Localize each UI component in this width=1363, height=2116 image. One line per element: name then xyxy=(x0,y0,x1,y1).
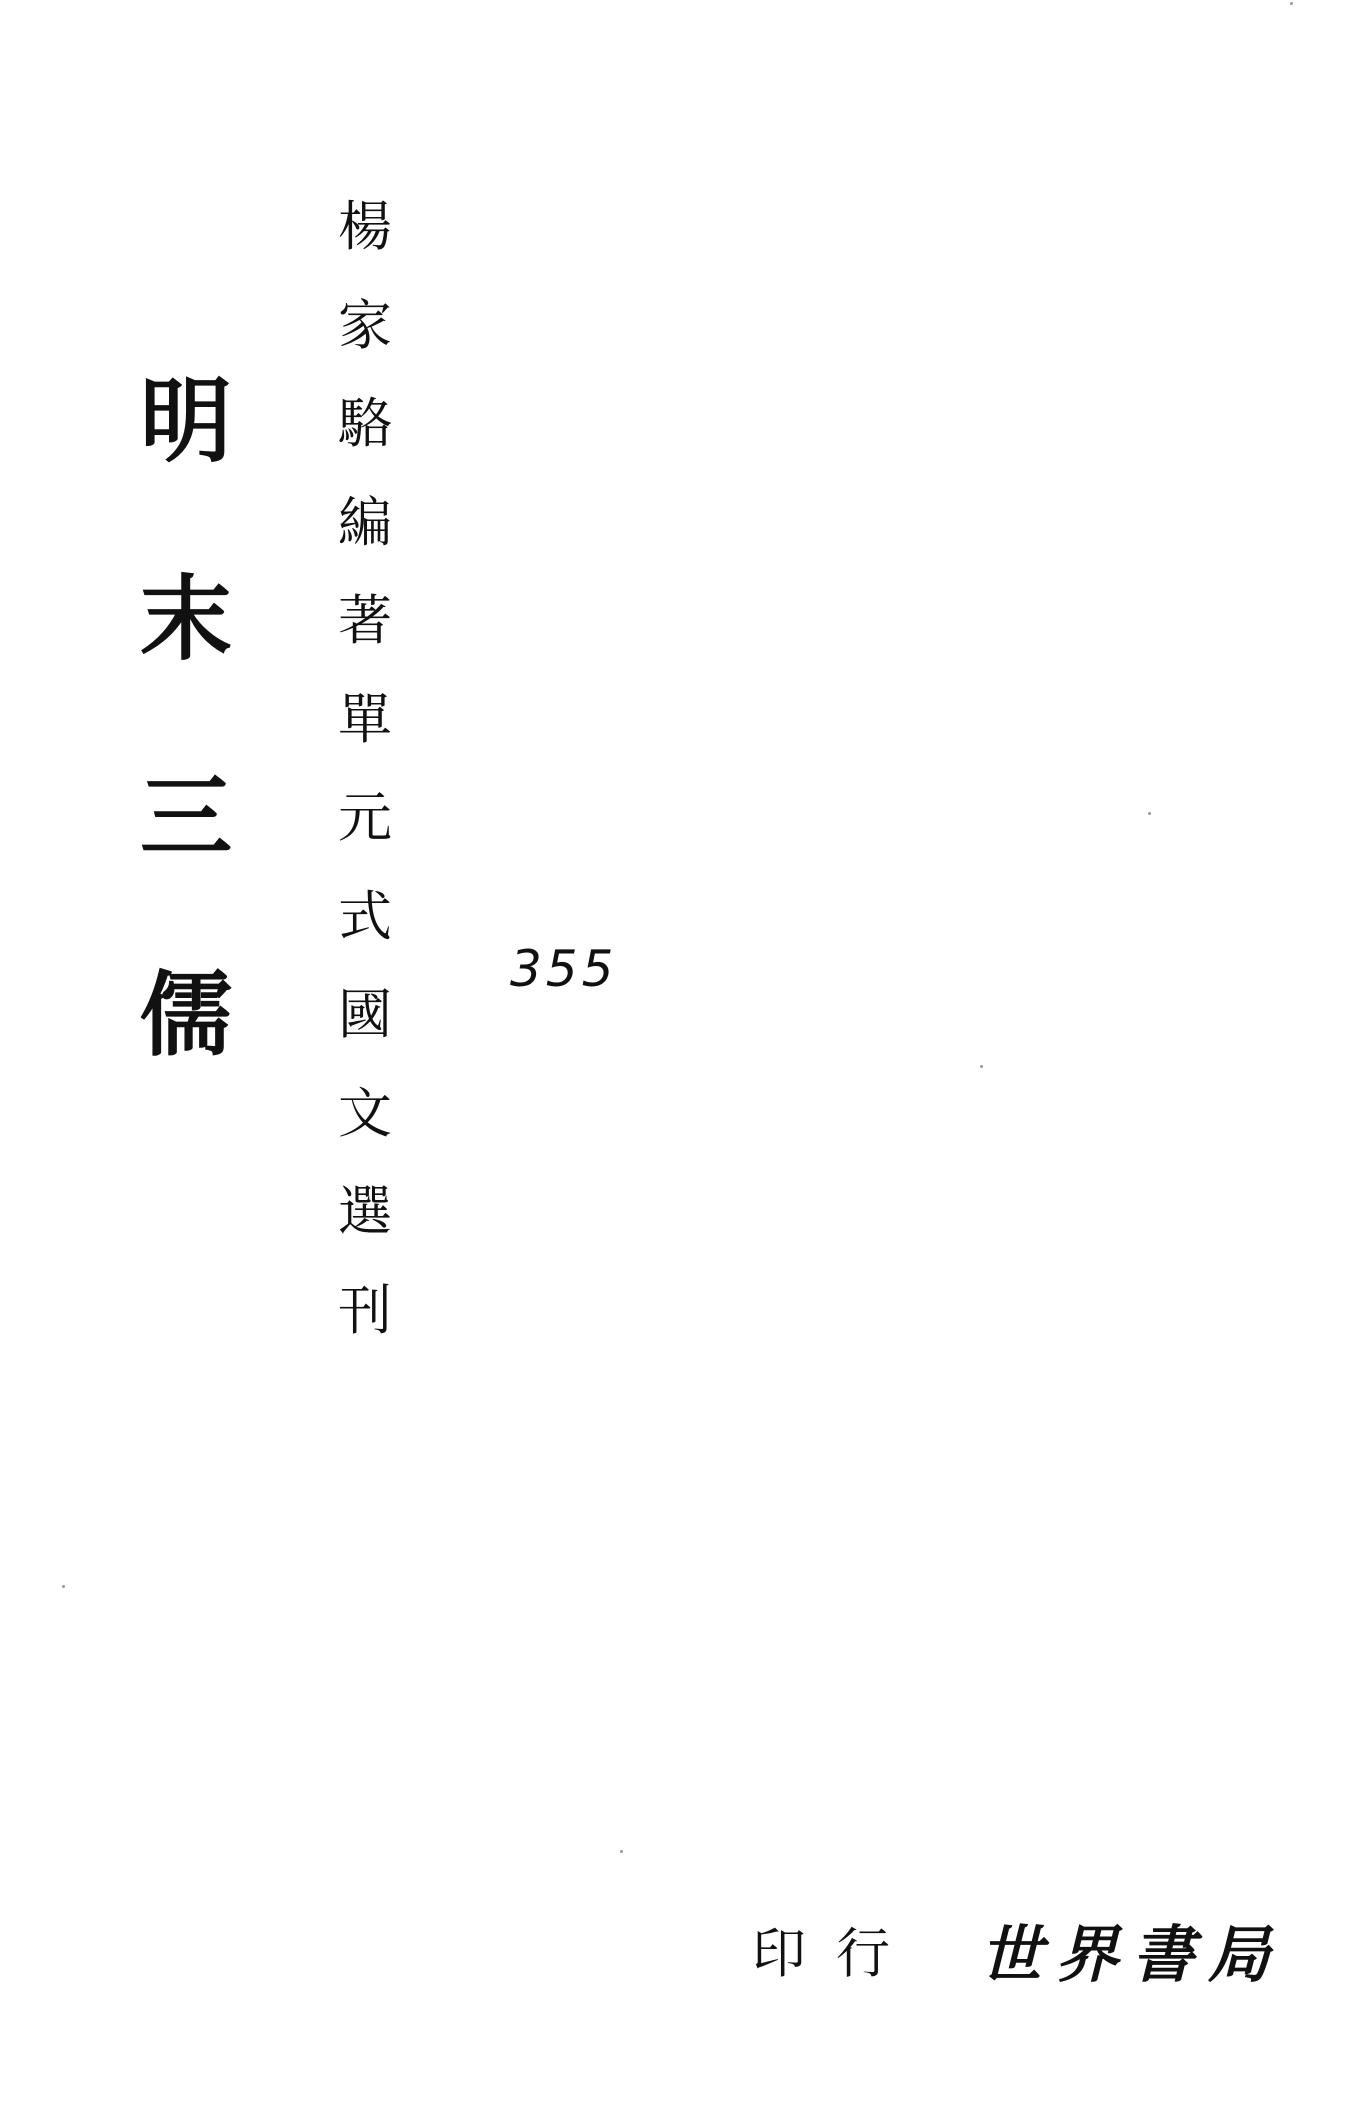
author-char: 選 xyxy=(338,1185,392,1284)
author-char: 編 xyxy=(338,496,392,595)
author-char: 家 xyxy=(338,299,392,398)
title-char: 明 xyxy=(140,375,232,573)
author-char: 刊 xyxy=(338,1284,392,1383)
scan-speck xyxy=(1148,812,1151,815)
author-char: 國 xyxy=(338,988,392,1087)
scan-speck xyxy=(980,1065,983,1068)
scan-speck xyxy=(620,1850,623,1853)
title-char: 末 xyxy=(140,573,232,771)
author-series-line: 楊 家 駱 編 著 單 元 式 國 文 選 刊 xyxy=(338,200,392,1382)
publisher-line: 印行 世界書局 xyxy=(752,1905,1284,1994)
publisher-name: 世界書局 xyxy=(980,1905,1284,1994)
author-char: 駱 xyxy=(338,397,392,496)
handwritten-mark: 355 xyxy=(510,940,617,998)
author-char: 式 xyxy=(338,890,392,989)
book-title: 明 末 三 儒 xyxy=(140,375,232,1167)
scan-speck xyxy=(1290,2,1293,5)
title-char: 三 xyxy=(140,771,232,969)
author-char: 單 xyxy=(338,693,392,792)
author-char: 文 xyxy=(338,1087,392,1186)
author-char: 楊 xyxy=(338,200,392,299)
publisher-action: 印行 xyxy=(752,1911,920,1988)
title-char: 儒 xyxy=(140,969,232,1167)
author-char: 著 xyxy=(338,594,392,693)
scan-speck xyxy=(62,1585,65,1588)
author-char: 元 xyxy=(338,791,392,890)
